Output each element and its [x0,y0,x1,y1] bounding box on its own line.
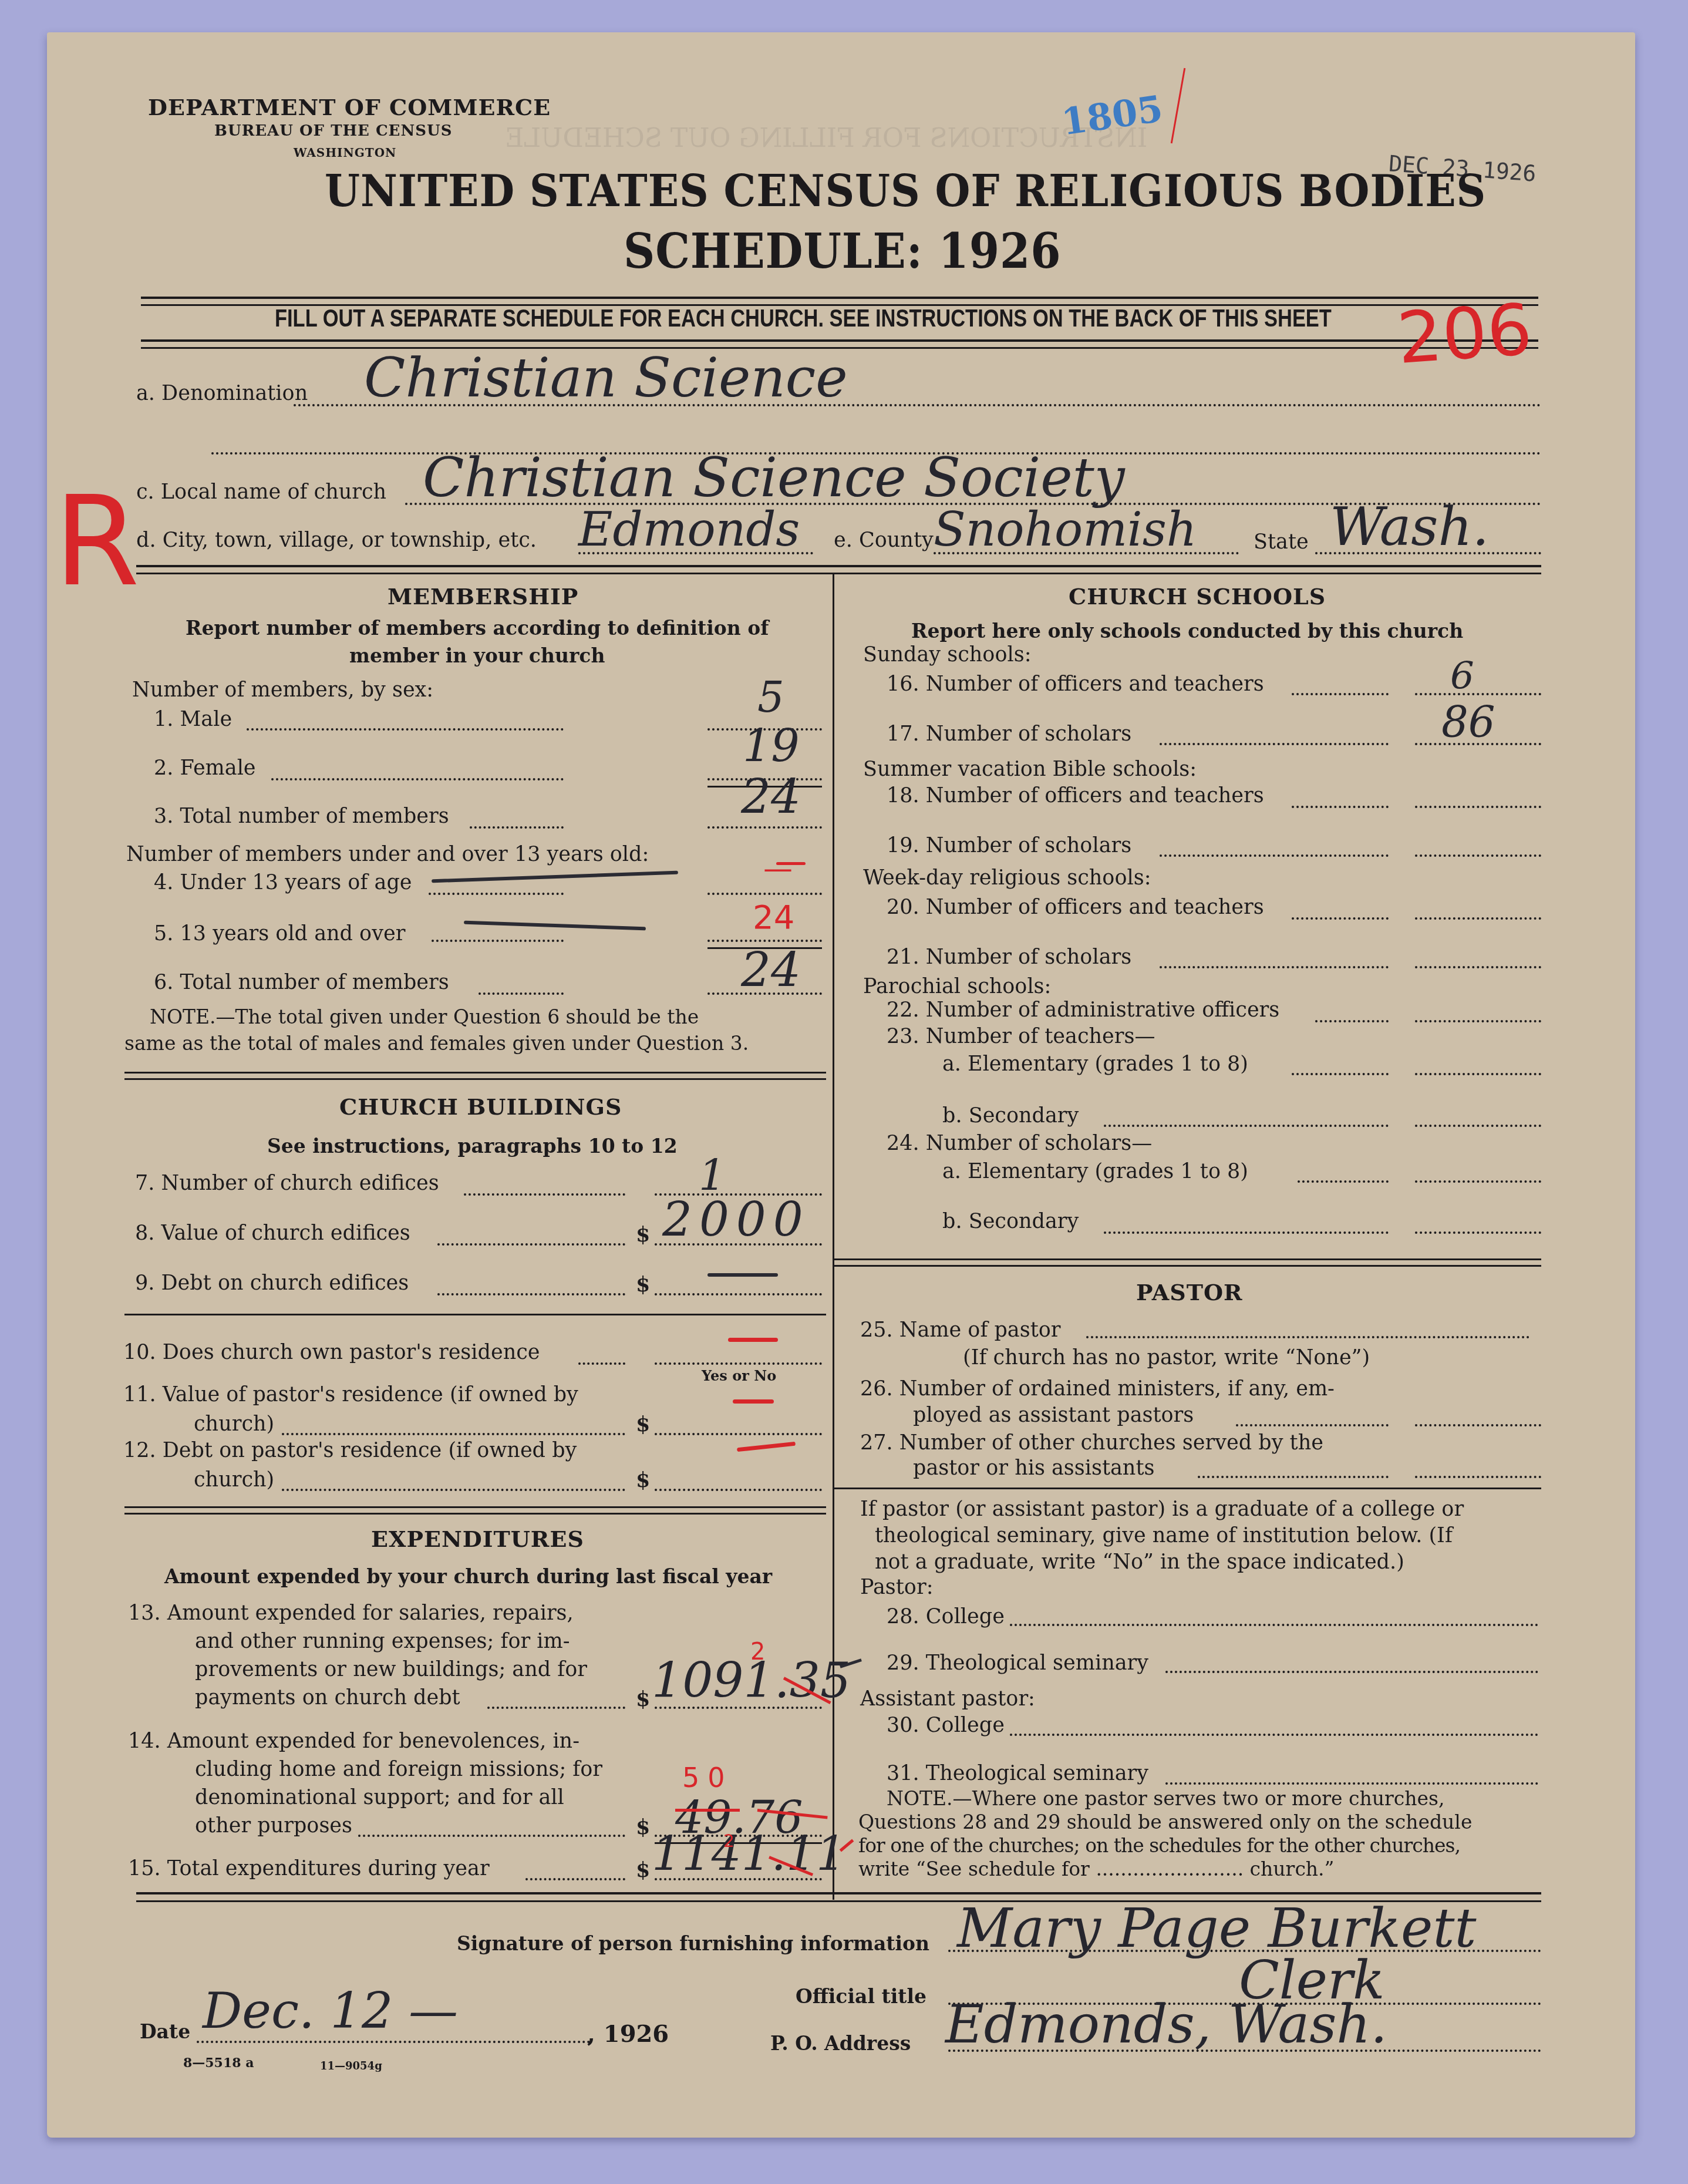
yes-or-no-hint: Yes or No [702,1367,776,1384]
expenditure-label: provements or new buildings; and for [195,1658,587,1681]
dollar-sign: $ [636,1412,650,1436]
school-row-label: 17. Number of scholars [887,722,1131,746]
building-row-label-2: church) [194,1412,274,1436]
sunday-teachers-field[interactable]: 6 [1450,655,1474,698]
pastor-row-label-2: ployed as assistant pastors [913,1404,1194,1427]
building-row-label-2: church) [194,1468,274,1492]
date-line [197,2041,590,2043]
identification-rule [136,565,1541,567]
dollar-sign: $ [636,1815,650,1839]
running-expenses-correction: 2 [750,1638,765,1665]
value-line [655,1362,822,1365]
row-dots [247,728,564,731]
form-code-2: 11—9054g [320,2060,382,2072]
county-field[interactable]: Snohomish [934,502,1197,557]
date-label: Date [140,2020,190,2043]
building-row-label: 8. Value of church edifices [135,1221,410,1245]
dollar-sign: $ [636,1687,650,1711]
value-line [1415,1020,1541,1022]
membership-heading: MEMBERSHIP [388,583,578,610]
pastor-heading: PASTOR [1136,1279,1243,1305]
church-schools-subheading: Report here only schools conducted by th… [911,620,1463,642]
bleedthrough-heading: INSTRUCTIONS FOR FILLING OUT SCHEDULE [505,123,1147,153]
red-letter-mark: R [54,470,140,614]
total-members-age-field[interactable]: 24 [741,943,801,997]
school-row-label: 19. Number of scholars [887,834,1131,857]
building-row-label: 10. Does church own pastor's residence [123,1341,540,1364]
pastor-name-line [1086,1336,1529,1338]
member-row-label: 2. Female [154,756,256,780]
date-year: , 1926 [587,2020,669,2048]
value-line [1415,693,1541,695]
denomination-field[interactable]: Christian Science [364,346,848,409]
pastor-note: write “See schedule for ................… [858,1857,1334,1880]
city-label: d. City, town, village, or township, etc… [136,529,537,552]
state-label: State [1254,530,1309,554]
row-dots [437,1293,625,1295]
city-field[interactable]: Edmonds [578,502,800,557]
row-dots [525,1878,625,1880]
school-row-label: 24. Number of scholars— [887,1132,1152,1155]
row-dots [1160,966,1389,968]
form-code-1: 8—5518 a [183,2055,254,2071]
local-name-field[interactable]: Christian Science Society [423,446,1125,509]
college-line [1010,1624,1538,1626]
row-dots [1292,917,1389,920]
education-row-label: 30. College [887,1714,1005,1737]
sunday-schools-label: Sunday schools: [863,643,1031,667]
county-label: e. County [834,529,934,552]
expenditure-label: other purposes [195,1814,352,1838]
value-line [1415,854,1541,857]
membership-rule [124,1072,826,1074]
value-line [1415,966,1541,968]
row-dots [437,1243,625,1246]
school-row-label: 23. Number of teachers— [887,1025,1155,1048]
dollar-sign: $ [636,1273,650,1297]
school-row-label: 21. Number of scholars [887,945,1131,969]
expenditure-label: cluding home and foreign missions; for [195,1758,602,1781]
pastor-note: for one of the churches; on the schedule… [858,1834,1460,1857]
red-file-number: 206 [1394,289,1534,380]
fill-out-instruction: FILL OUT A SEPARATE SCHEDULE FOR EACH CH… [275,304,1332,332]
value-line [707,893,822,895]
expenditure-label: payments on church debt [195,1686,460,1709]
value-edifices-field[interactable]: 2000 [662,1192,810,1247]
dollar-sign: $ [636,1468,650,1492]
row-dots [470,826,564,829]
row-dots [487,1707,625,1709]
row-dots [464,1193,625,1196]
owns-residence-field[interactable] [728,1338,778,1342]
official-title-label: Official title [796,1985,926,2008]
weekday-schools-label: Week-day religious schools: [863,866,1151,890]
member-row-label: 4. Under 13 years of age [154,871,412,894]
row-dots [1292,806,1389,808]
pastor-rule [834,1488,1541,1489]
value-line [1415,1476,1541,1478]
pastor-row-label: 25. Name of pastor [860,1318,1061,1342]
building-row-label: 7. Number of church edifices [135,1172,439,1195]
expenditure-label: 15. Total expenditures during year [128,1857,490,1880]
membership-subheading-1: Report number of members according to de… [186,617,769,640]
summer-schools-label: Summer vacation Bible schools: [863,758,1197,781]
school-row-label: b. Secondary [942,1210,1079,1233]
row-dots [1292,693,1389,695]
identification-rule-2 [136,573,1541,574]
dollar-sign: $ [636,1858,650,1882]
row-dots [282,1433,625,1435]
bureau-label: BUREAU OF THE CENSUS [214,122,452,140]
schools-rule [834,1258,1541,1260]
assistant-education-label: Assistant pastor: [860,1687,1035,1711]
row-dots [1292,1073,1389,1075]
date-field[interactable]: Dec. 12 — [203,1982,458,2040]
row-dots [1160,743,1389,745]
school-row-label: b. Secondary [942,1104,1079,1128]
signature-label: Signature of person furnishing informati… [457,1932,929,1955]
benevolences-correction: 50 [682,1762,733,1793]
city-label: WASHINGTON [294,146,396,160]
pastor-education-label: Pastor: [860,1576,933,1599]
member-row-label: 1. Male [154,708,232,731]
state-field[interactable]: Wash. [1330,496,1489,558]
buildings-rule [124,1314,826,1315]
pastor-row-label-2: pastor or his assistants [913,1456,1154,1480]
graduate-note: not a graduate, write “No” in the space … [875,1550,1404,1574]
row-dots [429,893,564,895]
pastor-row-label: 26. Number of ordained ministers, if any… [860,1377,1335,1401]
building-row-label: 11. Value of pastor's residence (if owne… [123,1383,578,1406]
schedule-title: SCHEDULE: 1926 [624,223,1061,280]
school-row-label: 16. Number of officers and teachers [887,672,1264,696]
value-line [1415,1424,1541,1426]
schools-rule-2 [834,1265,1541,1267]
female-members-field[interactable]: 19 [743,719,800,772]
dollar-sign: $ [636,1223,650,1247]
red-strikethrough [675,1809,740,1812]
education-row-label: 28. College [887,1605,1005,1628]
value-line [1415,1125,1541,1127]
value-line [655,1489,822,1491]
value-line [1415,1073,1541,1075]
buildings-rule-bottom [124,1506,826,1508]
graduate-note: theological seminary, give name of insti… [875,1524,1453,1547]
school-row-label: 22. Number of administrative officers [887,998,1279,1022]
school-row-label: a. Elementary (grades 1 to 8) [942,1052,1248,1076]
seminary-line [1165,1671,1538,1673]
church-buildings-subheading: See instructions, paragraphs 10 to 12 [267,1135,678,1157]
member-row-label: 3. Total number of members [154,805,449,828]
row-dots [271,778,564,780]
education-row-label: 29. Theological seminary [887,1651,1148,1675]
department-label: DEPARTMENT OF COMMERCE [148,94,551,120]
value-line [655,1433,822,1435]
expenditure-label: denominational support; and for all [195,1786,564,1809]
pastor-note: Questions 28 and 29 should be answered o… [858,1811,1472,1833]
membership-note-1: NOTE.—The total given under Question 6 s… [150,1005,699,1028]
row-dots [1160,854,1389,857]
by-sex-label: Number of members, by sex: [132,678,433,702]
membership-subheading-2: member in your church [349,644,605,667]
value-line [1415,1180,1541,1183]
header-rule-top [141,297,1538,299]
value-line [1415,806,1541,808]
over-13-field[interactable]: 24 [753,898,794,937]
pastor-none-hint: (If church has no pastor, write “None”) [963,1346,1370,1369]
signature-field[interactable]: Mary Page Burkett [957,1897,1476,1960]
residence-value-field[interactable] [733,1399,774,1404]
row-dots [358,1835,625,1837]
row-dots [1236,1424,1389,1426]
header-rule-bottom [141,339,1538,342]
row-dots [282,1489,625,1491]
row-dots [432,940,564,942]
building-row-label: 12. Debt on pastor's residence (if owned… [123,1439,577,1462]
sunday-scholars-field[interactable]: 86 [1441,698,1495,747]
po-address-label: P. O. Address [770,2032,911,2055]
school-row-label: a. Elementary (grades 1 to 8) [942,1160,1248,1183]
local-name-label: c. Local name of church [136,480,386,504]
seminary-line [1165,1782,1538,1785]
value-line [655,1293,822,1295]
membership-note-2: same as the total of males and females g… [124,1032,749,1055]
row-dots [1315,1020,1389,1022]
expenditures-subheading: Amount expended by your church during la… [164,1565,772,1588]
value-line [1415,1231,1541,1234]
building-row-label: 9. Debt on church edifices [135,1271,409,1295]
debt-edifices-field[interactable] [707,1273,778,1277]
expenditures-heading: EXPENDITURES [371,1526,584,1552]
pastor-note: NOTE.—Where one pastor serves two or mor… [887,1787,1445,1810]
education-row-label: 31. Theological seminary [887,1762,1148,1785]
graduate-note: If pastor (or assistant pastor) is a gra… [860,1497,1464,1521]
under-13-field[interactable]: — [763,852,793,886]
school-row-label: 18. Number of officers and teachers [887,784,1264,807]
church-schools-heading: CHURCH SCHOOLS [1069,583,1326,610]
total-expenditures-field[interactable]: 1141.11 [652,1826,846,1881]
membership-rule-2 [124,1078,826,1080]
form-title: UNITED STATES CENSUS OF RELIGIOUS BODIES [325,166,1486,217]
total-members-field[interactable]: 24 [741,769,801,824]
school-row-label: 20. Number of officers and teachers [887,896,1264,919]
by-age-label: Number of members under and over 13 year… [126,843,649,866]
denomination-label: a. Denomination [136,382,308,405]
row-dots [1198,1476,1389,1478]
church-buildings-heading: CHURCH BUILDINGS [339,1093,622,1120]
po-address-field[interactable]: Edmonds, Wash. [945,1994,1387,2055]
buildings-rule-bottom-2 [124,1513,826,1515]
college-line [1010,1734,1538,1736]
row-dots [479,992,564,995]
row-dots [1104,1231,1389,1234]
expenditure-label: 13. Amount expended for salaries, repair… [128,1601,574,1625]
parochial-schools-label: Parochial schools: [863,975,1051,998]
male-members-field[interactable]: 5 [757,672,784,722]
value-line [707,826,822,829]
total-expenditures-correction: 2 [723,1831,735,1852]
expenditure-label: 14. Amount expended for benevolences, in… [128,1729,579,1753]
value-line [707,940,822,942]
footer-rule [136,1892,1541,1894]
pastor-row-label: 27. Number of other churches served by t… [860,1431,1323,1455]
row-dots [578,1362,625,1365]
row-dots [1298,1180,1389,1183]
member-row-label: 5. 13 years old and over [154,922,405,945]
value-line [1415,917,1541,920]
expenditure-label: and other running expenses; for im- [195,1630,570,1653]
row-dots [1104,1125,1389,1127]
member-row-label: 6. Total number of members [154,971,449,994]
